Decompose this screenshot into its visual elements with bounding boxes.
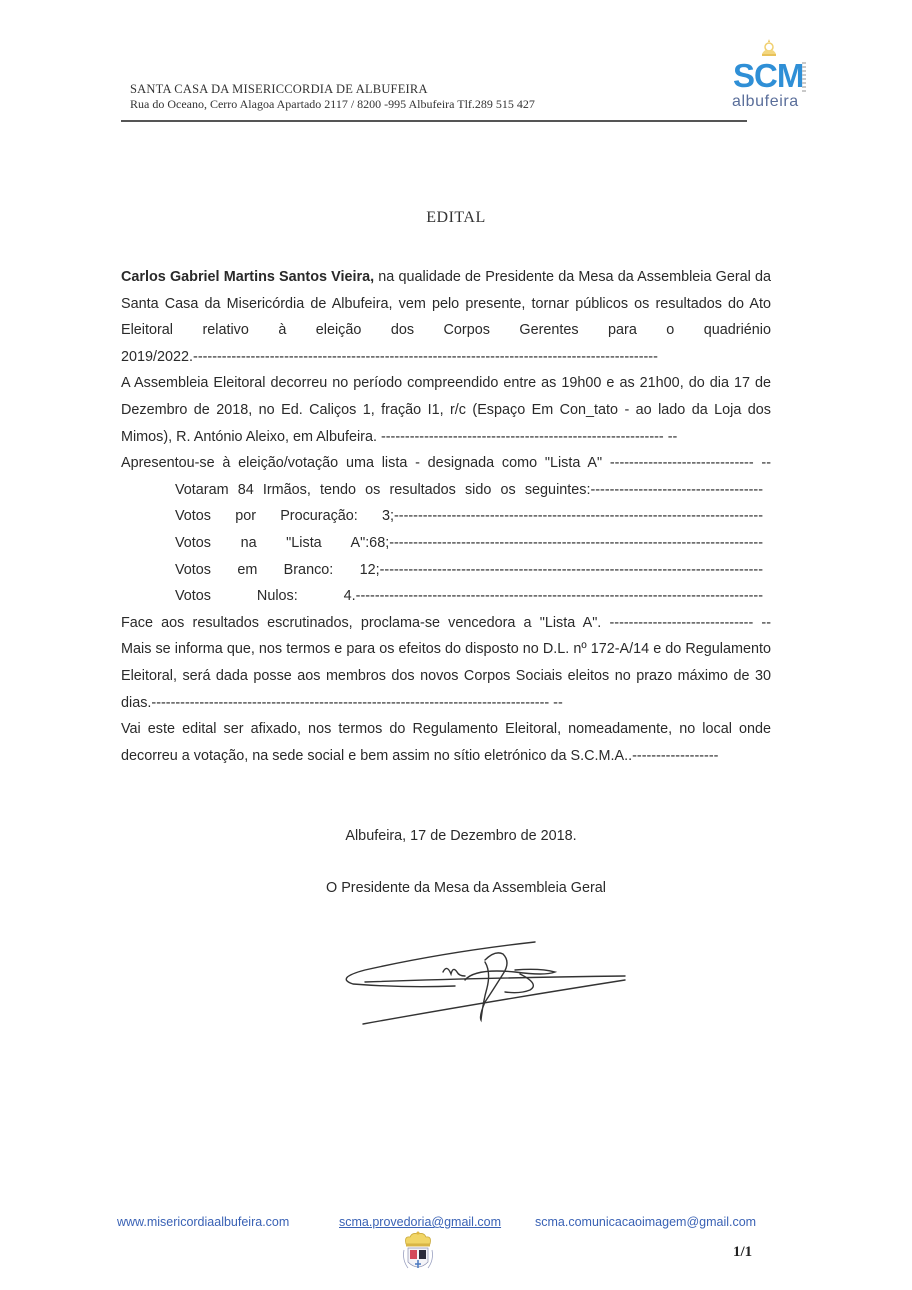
logo-side-text (802, 62, 806, 92)
place-date: Albufeira, 17 de Dezembro de 2018. (0, 828, 912, 844)
document-title: EDITAL (0, 209, 912, 227)
assembly-paragraph: A Assembleia Eleitoral decorreu no perío… (121, 370, 771, 450)
logo-sub-text: albufeira (732, 93, 799, 111)
president-name: Carlos Gabriel Martins Santos Vieira, (121, 269, 374, 285)
crest-icon (398, 1230, 438, 1274)
organization-name: SANTA CASA DA MISERICCORDIA DE ALBUFEIRA (130, 82, 428, 97)
header-divider (121, 120, 747, 122)
posting-paragraph: Vai este edital ser afixado, nos termos … (121, 716, 771, 769)
result-blank: Votos em Branco: 12;--------------------… (121, 557, 763, 584)
scm-logo: SCM albufeira (730, 36, 810, 116)
inauguration-paragraph: Mais se informa que, nos termos e para o… (121, 636, 771, 716)
logo-main-text: SCM (733, 58, 803, 94)
organization-address: Rua do Oceano, Cerro Alagoa Apartado 211… (130, 97, 535, 112)
signatory-title: O Presidente da Mesa da Assembleia Geral (0, 880, 912, 896)
footer-email-comunicacao[interactable]: scma.comunicacaoimagem@gmail.com (535, 1215, 756, 1229)
page-number: 1/1 (733, 1244, 752, 1261)
result-null: Votos Nulos: 4.-------------------------… (121, 583, 763, 610)
signature-icon (325, 932, 645, 1032)
winner-paragraph: Face aos resultados escrutinados, procla… (121, 610, 771, 637)
result-proxy: Votos por Procuração: 3;----------------… (121, 503, 763, 530)
crown-icon (760, 38, 778, 58)
result-voters: Votaram 84 Irmãos, tendo os resultados s… (121, 477, 763, 504)
list-paragraph: Apresentou-se à eleição/votação uma list… (121, 450, 771, 477)
intro-paragraph: Carlos Gabriel Martins Santos Vieira, na… (121, 264, 771, 370)
footer-website-link[interactable]: www.misericordiaalbufeira.com (117, 1215, 289, 1229)
footer-email-provedoria[interactable]: scma.provedoria@gmail.com (339, 1215, 501, 1229)
document-body: Carlos Gabriel Martins Santos Vieira, na… (121, 264, 771, 769)
result-lista-a: Votos na "Lista A":68;------------------… (121, 530, 763, 557)
